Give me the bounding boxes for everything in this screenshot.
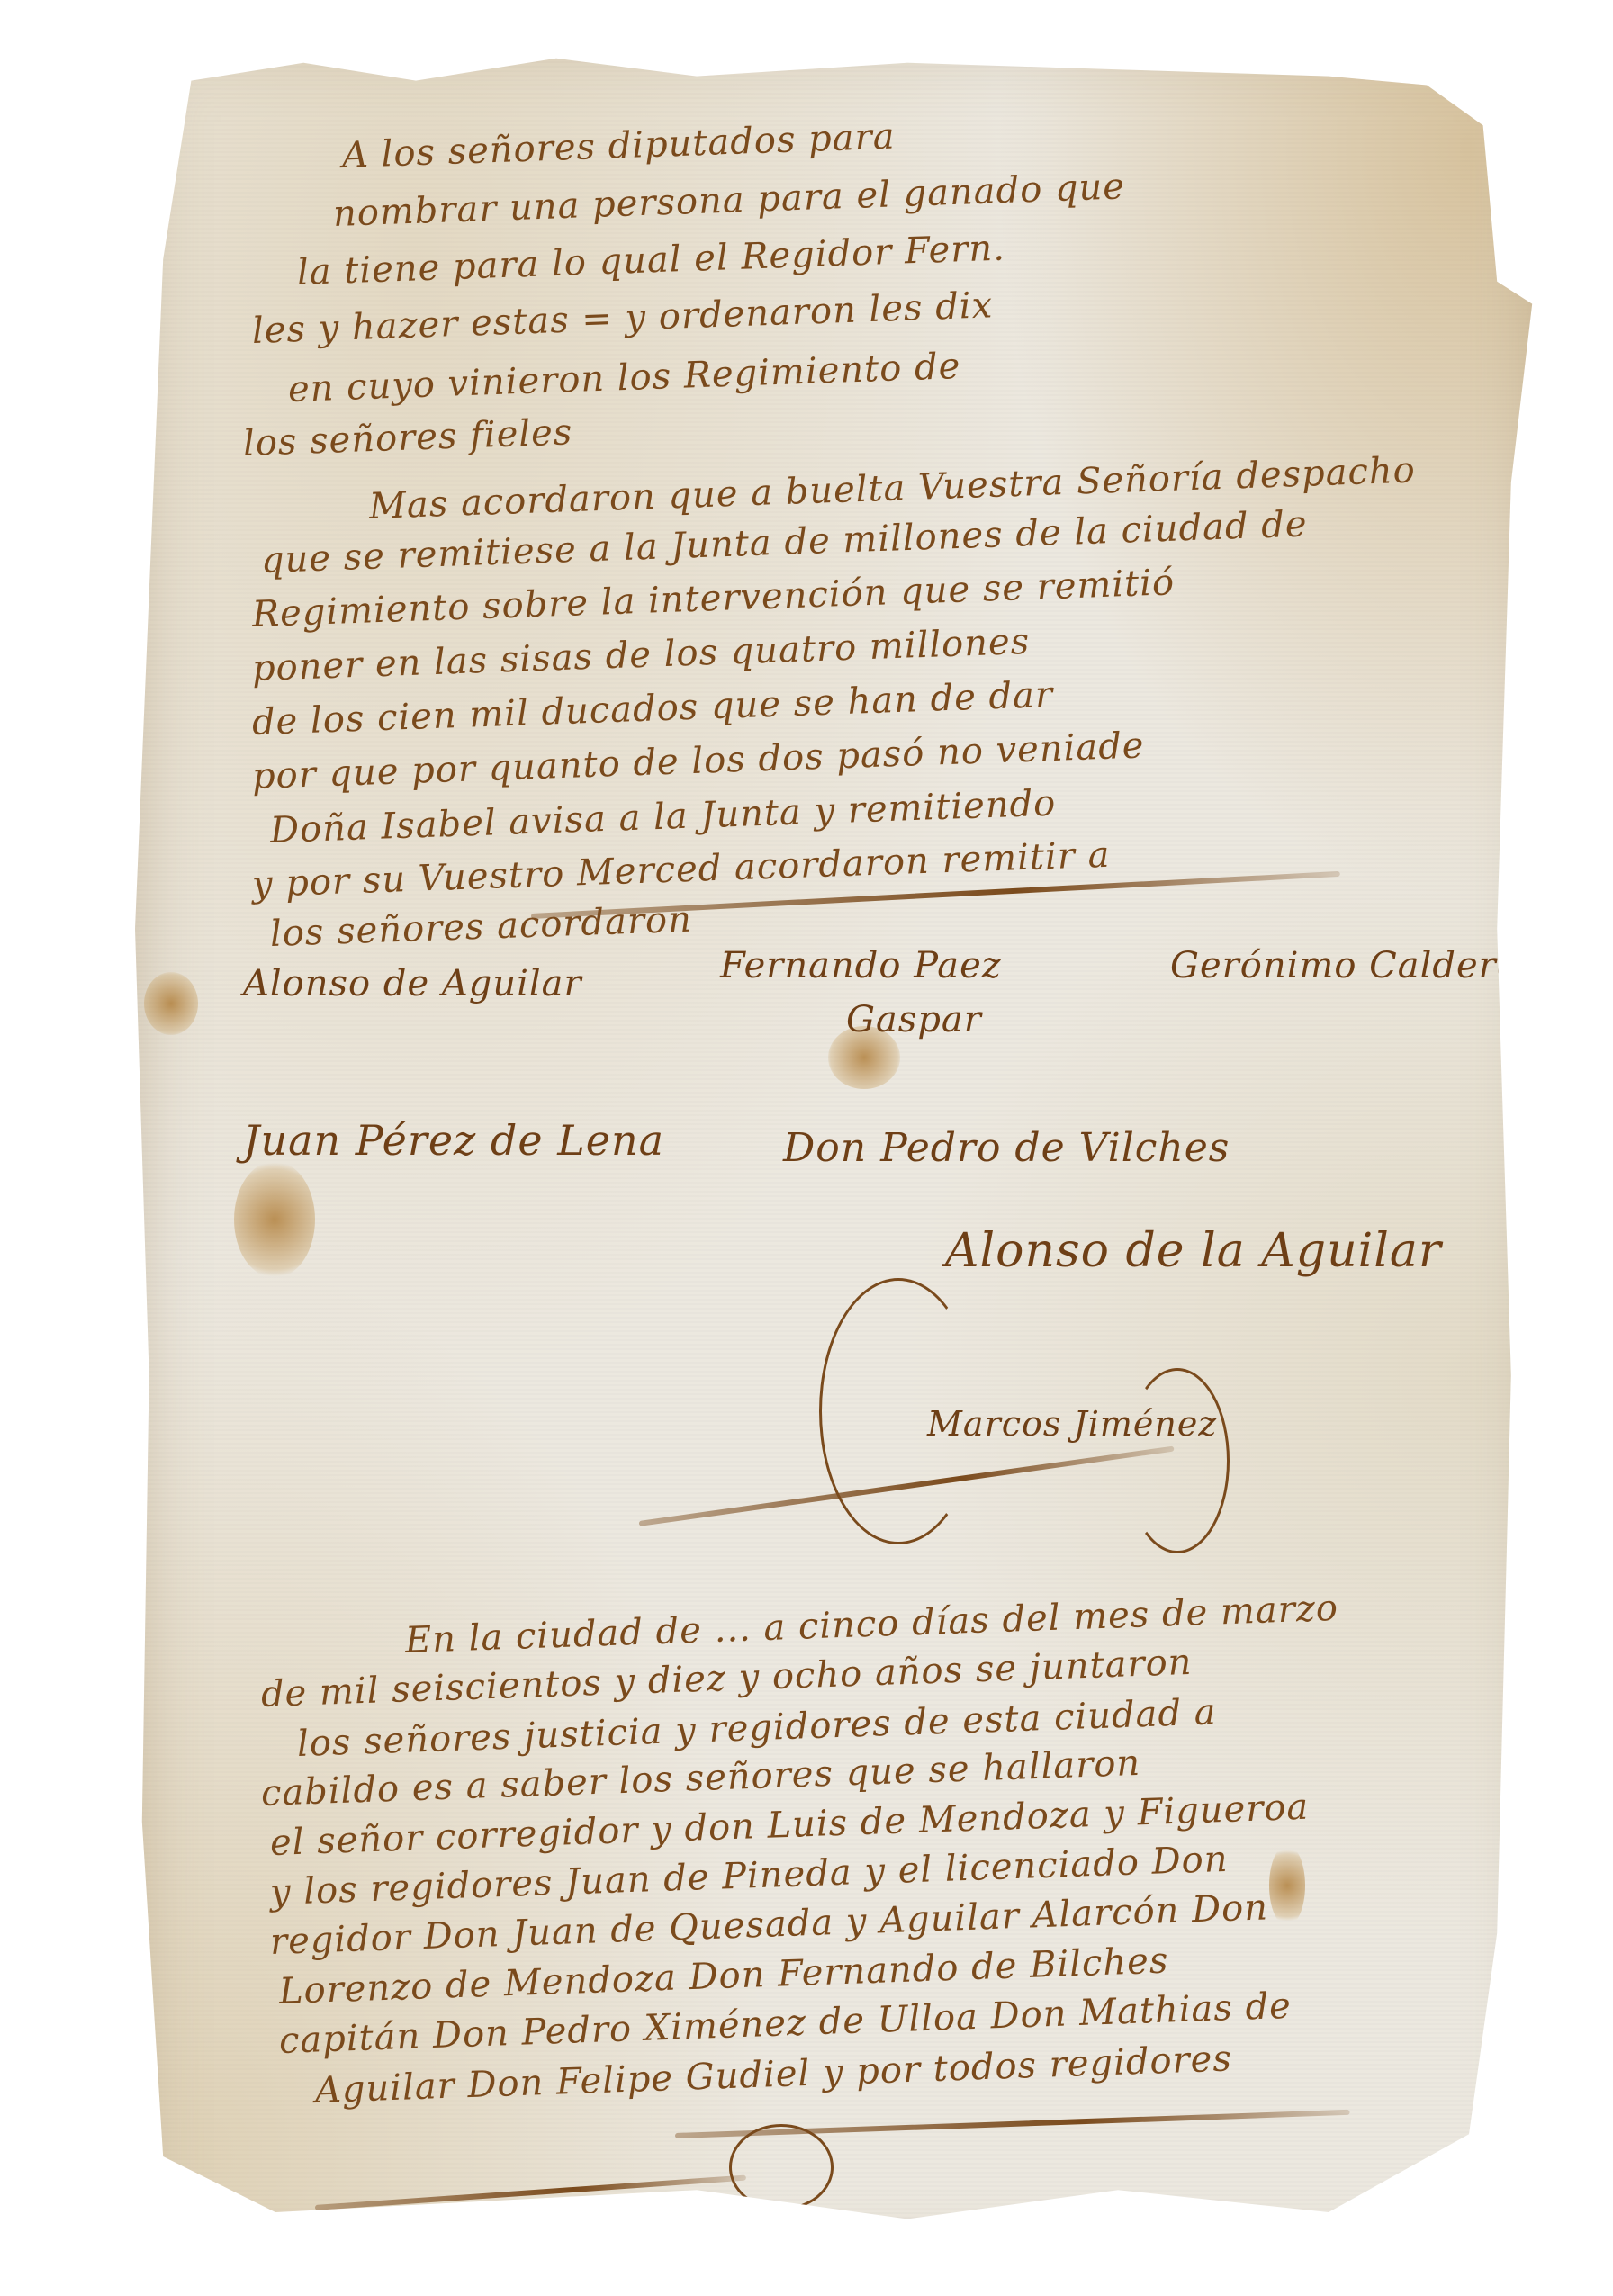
text-line: les y hazer estas = y ordenaron les dix [251, 284, 994, 352]
signature: Alonso de Aguilar [243, 963, 582, 1004]
manuscript-page: A los señores diputados para nombrar una… [135, 36, 1539, 2268]
signature: Fernando Paez [720, 945, 1002, 986]
text-line: en cuyo vinieron los Regimiento de [287, 346, 961, 410]
text-line: los señores fieles [242, 411, 573, 464]
closing-stroke [315, 2175, 746, 2210]
signature-flourish [819, 1278, 978, 1544]
text-line: En la ciudad de ... a cinco días del mes… [404, 1588, 1338, 1661]
signature: Gerónimo Calderón de Vengas [1170, 945, 1613, 986]
signature: Don Pedro de Vilches [783, 1125, 1230, 1171]
text-line: nombrar una persona para el ganado que [332, 166, 1125, 235]
text-line: la tiene para lo qual el Regidor Fern. [296, 228, 1005, 293]
ink-stain [234, 1161, 315, 1278]
signature-flourish [729, 2124, 834, 2210]
ink-stain [1269, 1845, 1305, 1926]
signature: Gaspar [846, 999, 982, 1040]
signature: Juan Pérez de Lena [243, 1116, 664, 1165]
text-line: A los señores diputados para [341, 116, 896, 176]
ink-stain [144, 972, 198, 1035]
signature-flourish [1125, 1368, 1230, 1553]
text-line: los señores acordaron [269, 899, 692, 955]
signature: Alonso de la Aguilar [945, 1224, 1442, 1278]
